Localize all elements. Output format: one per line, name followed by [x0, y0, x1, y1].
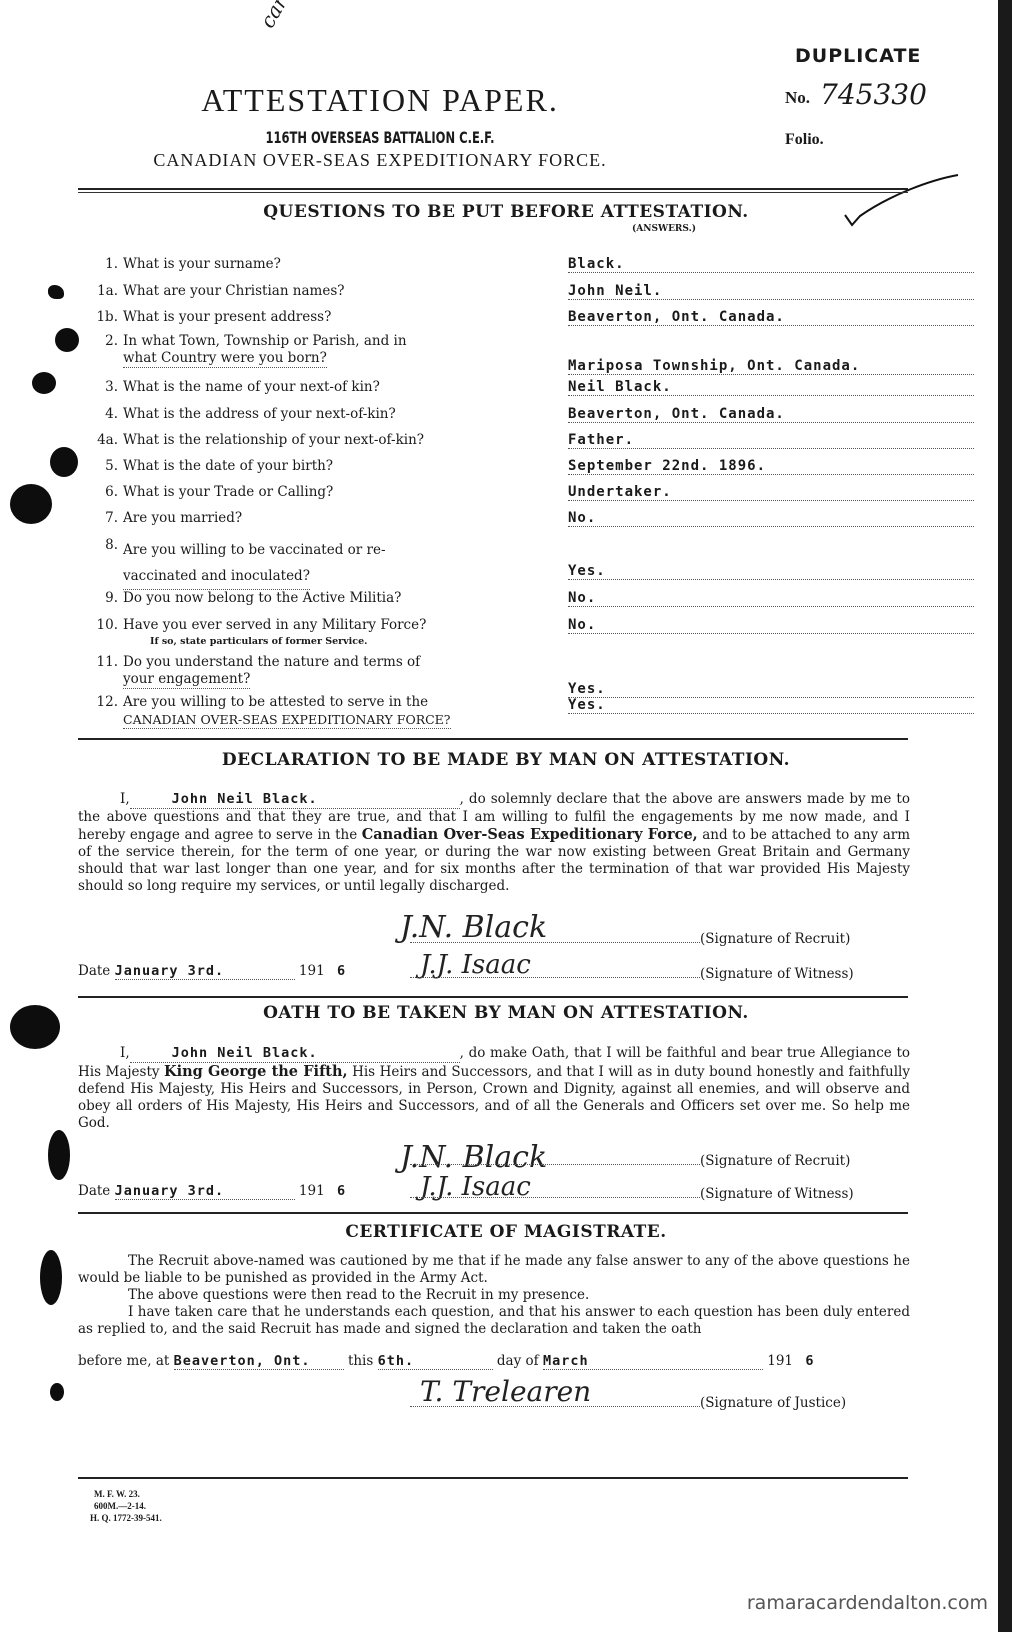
section-divider — [78, 738, 908, 740]
question-row: 7.Are you married?No. — [90, 510, 910, 534]
punch-hole-mark — [55, 328, 79, 352]
handwritten-card-note: card J.J. 2/6/16 — [255, 0, 350, 32]
question-text: Have you ever served in any Military For… — [123, 617, 553, 633]
answer-field: Beaverton, Ont. Canada. — [568, 309, 974, 326]
number-label: No. — [785, 88, 810, 108]
answers-label: (ANSWERS.) — [632, 224, 696, 234]
duplicate-stamp: DUPLICATE — [795, 45, 921, 67]
answer-field: No. — [568, 510, 974, 527]
answer-field: Yes. — [568, 697, 974, 714]
question-text: What are your Christian names? — [123, 283, 553, 299]
punch-hole-mark — [40, 1250, 62, 1305]
question-text: What is the address of your next-of-kin? — [123, 406, 553, 422]
answer-field: Father. — [568, 432, 974, 449]
question-text: What is your Trade or Calling? — [123, 484, 553, 500]
question-number: 9. — [90, 590, 118, 606]
oath-heading: OATH TO BE TAKEN BY MAN ON ATTESTATION. — [0, 1003, 1012, 1023]
justice-signature-line: (Signature of Justice) — [410, 1392, 846, 1411]
header-divider — [78, 188, 908, 190]
question-row: 1b.What is your present address?Beaverto… — [90, 309, 910, 333]
question-row: 9.Do you now belong to the Active Militi… — [90, 590, 910, 614]
question-number: 4a. — [90, 432, 118, 448]
question-row: 12.Are you willing to be attested to ser… — [90, 694, 910, 718]
question-number: 1. — [90, 256, 118, 272]
punch-hole-mark — [48, 1130, 70, 1180]
magistrate-para-1: The Recruit above-named was cautioned by… — [78, 1253, 910, 1287]
oath-text: I,John Neil Black., do make Oath, that I… — [78, 1045, 910, 1132]
question-text: What is the date of your birth? — [123, 458, 553, 474]
force-subtitle: CANADIAN OVER-SEAS EXPEDITIONARY FORCE. — [0, 150, 760, 171]
header-divider — [78, 192, 908, 193]
answer-field: Black. — [568, 256, 974, 273]
question-text: Are you married? — [123, 510, 553, 526]
declaration-text: I,John Neil Black., do solemnly declare … — [78, 791, 910, 895]
question-number: 2. — [90, 333, 118, 349]
witness-signature-line: (Signature of Witness) — [410, 963, 854, 982]
question-row: 4a.What is the relationship of your next… — [90, 432, 910, 456]
battalion-stamp: 116TH OVERSEAS BATTALION C.E.F. — [76, 128, 684, 147]
question-text: In what Town, Township or Parish, and in… — [123, 333, 553, 368]
question-number: 6. — [90, 484, 118, 500]
question-number: 10. — [90, 617, 118, 633]
recruit-signature-line: (Signature of Recruit) — [410, 928, 850, 947]
question-row: 1a.What are your Christian names?John Ne… — [90, 283, 910, 307]
question-row: 1.What is your surname?Black. — [90, 256, 910, 280]
question-number: 1a. — [90, 283, 118, 299]
answer-field: Mariposa Township, Ont. Canada. — [568, 358, 974, 375]
question-row: 6.What is your Trade or Calling?Undertak… — [90, 484, 910, 508]
magistrate-heading: CERTIFICATE OF MAGISTRATE. — [0, 1222, 1012, 1242]
section-divider — [78, 996, 908, 998]
punch-hole-mark — [10, 484, 52, 524]
oath-date-line: Date January 3rd. 191 6 — [78, 1183, 346, 1200]
question-row: 5.What is the date of your birth?Septemb… — [90, 458, 910, 482]
question-row: 4.What is the address of your next-of-ki… — [90, 406, 910, 430]
question-number: 1b. — [90, 309, 118, 325]
answer-field: John Neil. — [568, 283, 974, 300]
question-row: 8.Are you willing to be vaccinated or re… — [90, 537, 910, 561]
question-row: 10.Have you ever served in any Military … — [90, 617, 910, 641]
questions-heading: QUESTIONS TO BE PUT BEFORE ATTESTATION. — [0, 202, 1012, 222]
magistrate-para-2: The above questions were then read to th… — [78, 1287, 910, 1304]
answer-field: No. — [568, 617, 974, 634]
question-subnote: If so, state particulars of former Servi… — [150, 636, 367, 647]
question-text: Are you willing to be vaccinated or re-v… — [123, 537, 553, 590]
site-watermark: ramaracardendalton.com — [747, 1592, 988, 1614]
form-code: M. F. W. 23. 600M.—2-14. H. Q. 1772-39-5… — [90, 1488, 162, 1524]
footer-divider — [78, 1477, 908, 1479]
answer-field: Neil Black. — [568, 379, 974, 396]
question-row: 11.Do you understand the nature and term… — [90, 654, 910, 678]
question-text: What is the relationship of your next-of… — [123, 432, 553, 448]
declaration-date-line: Date January 3rd. 191 6 — [78, 963, 346, 980]
question-row: 3.What is the name of your next-of kin?N… — [90, 379, 910, 403]
punch-hole-mark — [50, 447, 78, 477]
witness-signature-line: (Signature of Witness) — [410, 1183, 854, 1202]
question-row: 2.In what Town, Township or Parish, and … — [90, 333, 910, 357]
question-text: Are you willing to be attested to serve … — [123, 694, 553, 729]
recruit-signature-line: (Signature of Recruit) — [410, 1150, 850, 1169]
question-number: 3. — [90, 379, 118, 395]
declaration-heading: DECLARATION TO BE MADE BY MAN ON ATTESTA… — [0, 750, 1012, 770]
question-text: What is your present address? — [123, 309, 553, 325]
answer-field: No. — [568, 590, 974, 607]
question-number: 8. — [90, 537, 118, 553]
section-divider — [78, 1212, 908, 1214]
answer-field: Undertaker. — [568, 484, 974, 501]
question-number: 11. — [90, 654, 118, 670]
answer-field: Yes. — [568, 563, 974, 580]
magistrate-para-3: I have taken care that he understands ea… — [78, 1304, 910, 1338]
punch-hole-mark — [32, 372, 56, 394]
oath-name-field: John Neil Black. — [130, 1045, 460, 1063]
question-text: What is your surname? — [123, 256, 553, 272]
answer-field: Beaverton, Ont. Canada. — [568, 406, 974, 423]
scan-edge — [998, 0, 1012, 1632]
punch-hole-mark — [50, 1383, 64, 1401]
punch-hole-mark — [48, 285, 64, 299]
question-text: What is the name of your next-of kin? — [123, 379, 553, 395]
question-number: 7. — [90, 510, 118, 526]
question-number: 5. — [90, 458, 118, 474]
regimental-number: 745330 — [820, 78, 927, 111]
magistrate-place-date-line: before me, at Beaverton, Ont. this 6th. … — [78, 1353, 814, 1370]
question-number: 12. — [90, 694, 118, 710]
question-text: Do you understand the nature and terms o… — [123, 654, 553, 689]
answer-field: September 22nd. 1896. — [568, 458, 974, 475]
question-text: Do you now belong to the Active Militia? — [123, 590, 553, 606]
question-number: 4. — [90, 406, 118, 422]
page-title: ATTESTATION PAPER. — [0, 82, 760, 119]
declaration-name-field: John Neil Black. — [130, 791, 460, 809]
folio-label: Folio. — [785, 131, 824, 149]
